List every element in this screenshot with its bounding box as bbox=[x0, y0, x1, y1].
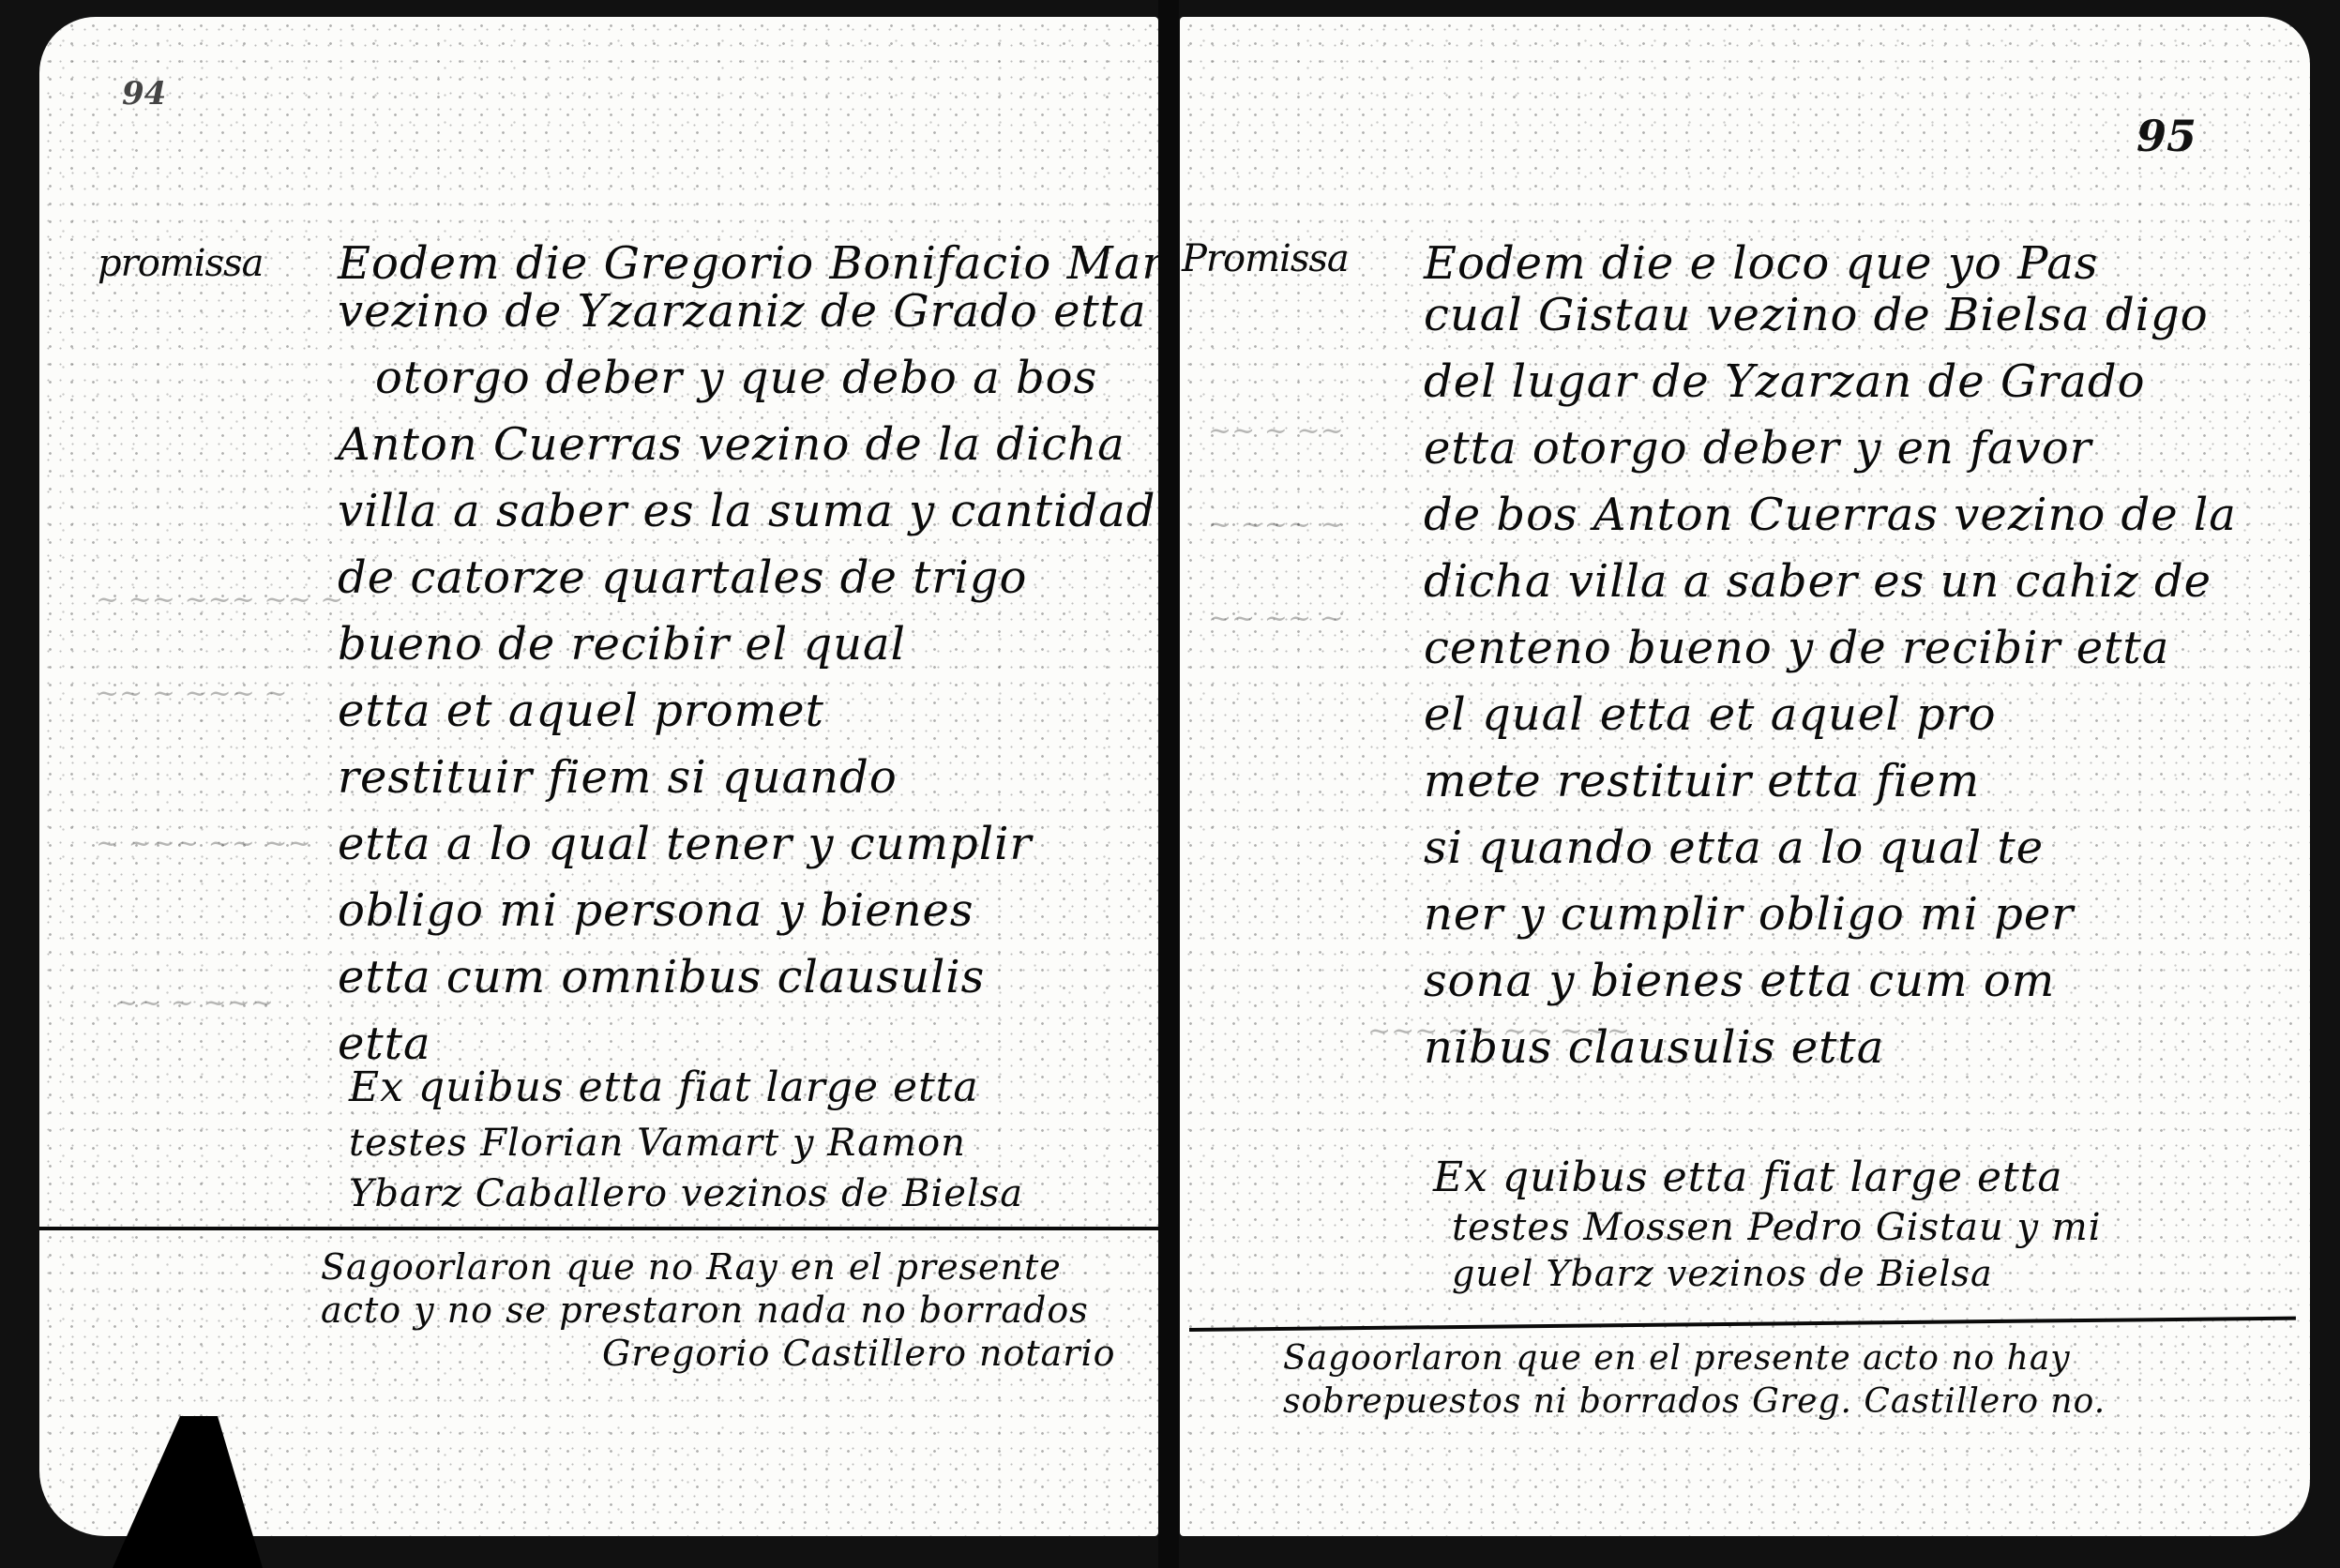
text-line: mete restituir etta fiem bbox=[1424, 748, 2296, 815]
text-line: Sagoorlaron que no Ray en el presente bbox=[321, 1245, 1146, 1289]
bleed-through-text: ~ ~~ ~~~ ~~ ~ bbox=[96, 580, 343, 621]
text-line: el qual etta et aquel pro bbox=[1424, 682, 2296, 748]
bleed-through-text: ~ ~~~ ~ bbox=[1208, 505, 1344, 546]
notary-note-left: Sagoorlaron que no Ray en el presente ac… bbox=[321, 1245, 1146, 1375]
text-line: Gregorio Castillero notario bbox=[321, 1332, 1146, 1375]
book-gutter bbox=[1158, 0, 1179, 1568]
text-line: Anton Cuerras vezino de la dicha bbox=[338, 412, 1154, 478]
text-line: del lugar de Yzarzan de Grado bbox=[1424, 349, 2296, 415]
text-line: cual Gistau vezino de Bielsa digo bbox=[1424, 282, 2296, 349]
text-line: Ex quibus etta fiat large etta bbox=[1433, 1152, 2277, 1204]
notary-note-right: Sagoorlaron que en el presente acto no h… bbox=[1283, 1337, 2296, 1424]
text-line: Ybarz Caballero vezinos de Bielsa bbox=[349, 1168, 1155, 1219]
manuscript-spread: 94 ~ ~~ ~~~ ~~ ~ ~~ ~ ~~~ ~ ~ ~~~ ~~ ~~ … bbox=[0, 0, 2340, 1568]
text-line: villa a saber es la suma y cantidad bbox=[338, 478, 1154, 545]
bleed-through-text: ~~ ~ ~~~ ~ bbox=[96, 673, 288, 715]
divider-rule bbox=[1189, 1317, 2296, 1332]
entry-body-left: Eodem die Gregorio Bonifacio Mar vezino … bbox=[338, 231, 1154, 1078]
page-number-left: 94 bbox=[122, 75, 166, 113]
bleed-through-text: ~~ ~~ ~ bbox=[1208, 598, 1344, 640]
text-line: Sagoorlaron que en el presente acto no h… bbox=[1283, 1337, 2296, 1380]
text-line: de catorze quartales de trigo bbox=[338, 545, 1154, 611]
text-line: Ex quibus etta fiat large etta bbox=[349, 1058, 1155, 1118]
text-line: testes Florian Vamart y Ramon bbox=[349, 1118, 1155, 1168]
right-page: 95 ~~ ~ ~~ ~ ~~~ ~ ~~ ~~ ~ ~~~ ~~ ~~ ~~~… bbox=[1180, 17, 2310, 1536]
text-line: de bos Anton Cuerras vezino de la bbox=[1424, 482, 2296, 549]
text-line: etta cum omnibus clausulis bbox=[338, 944, 1154, 1011]
margin-note-right: Promissa bbox=[1182, 237, 1349, 280]
text-line: restituir fiem si quando bbox=[338, 745, 1154, 811]
text-line: obligo mi persona y bienes bbox=[338, 878, 1154, 944]
text-line: nibus clausulis etta bbox=[1424, 1015, 2296, 1081]
text-line: centeno bueno y de recibir etta bbox=[1424, 615, 2296, 682]
text-line: vezino de Yzarzaniz de Grado etta bbox=[338, 279, 1154, 345]
text-line: bueno de recibir el qual bbox=[338, 611, 1154, 678]
text-line: ner y cumplir obligo mi per bbox=[1424, 882, 2296, 948]
text-line: etta otorgo deber y en favor bbox=[1424, 415, 2296, 482]
margin-note-left: promissa bbox=[98, 242, 263, 285]
bleed-through-text: ~ ~~~ ~~ ~~ bbox=[96, 823, 311, 865]
bleed-through-text: ~~ ~ ~~~ bbox=[114, 983, 274, 1024]
witness-clause-left: Ex quibus etta fiat large etta testes Fl… bbox=[349, 1058, 1155, 1219]
page-number-right: 95 bbox=[2136, 111, 2197, 161]
text-line: sona y bienes etta cum om bbox=[1424, 948, 2296, 1015]
divider-rule bbox=[39, 1227, 1158, 1230]
text-line: si quando etta a lo qual te bbox=[1424, 815, 2296, 882]
text-line: otorgo deber y que debo a bos bbox=[338, 345, 1154, 412]
text-line: etta a lo qual tener y cumplir bbox=[338, 811, 1154, 878]
text-line: etta et aquel promet bbox=[338, 678, 1154, 745]
left-page: 94 ~ ~~ ~~~ ~~ ~ ~~ ~ ~~~ ~ ~ ~~~ ~~ ~~ … bbox=[39, 17, 1158, 1536]
text-line: sobrepuestos ni borrados Greg. Castiller… bbox=[1283, 1380, 2296, 1424]
witness-clause-right: Ex quibus etta fiat large etta testes Mo… bbox=[1433, 1152, 2277, 1296]
text-line: testes Mossen Pedro Gistau y mi bbox=[1433, 1204, 2277, 1251]
text-line: acto y no se prestaron nada no borrados bbox=[321, 1289, 1146, 1332]
text-line: guel Ybarz vezinos de Bielsa bbox=[1433, 1251, 2277, 1296]
entry-body-right: Eodem die e loco que yo Pas cual Gistau … bbox=[1424, 231, 2296, 1081]
bleed-through-text: ~~ ~ ~~ bbox=[1208, 411, 1344, 452]
text-line: dicha villa a saber es un cahiz de bbox=[1424, 549, 2296, 615]
